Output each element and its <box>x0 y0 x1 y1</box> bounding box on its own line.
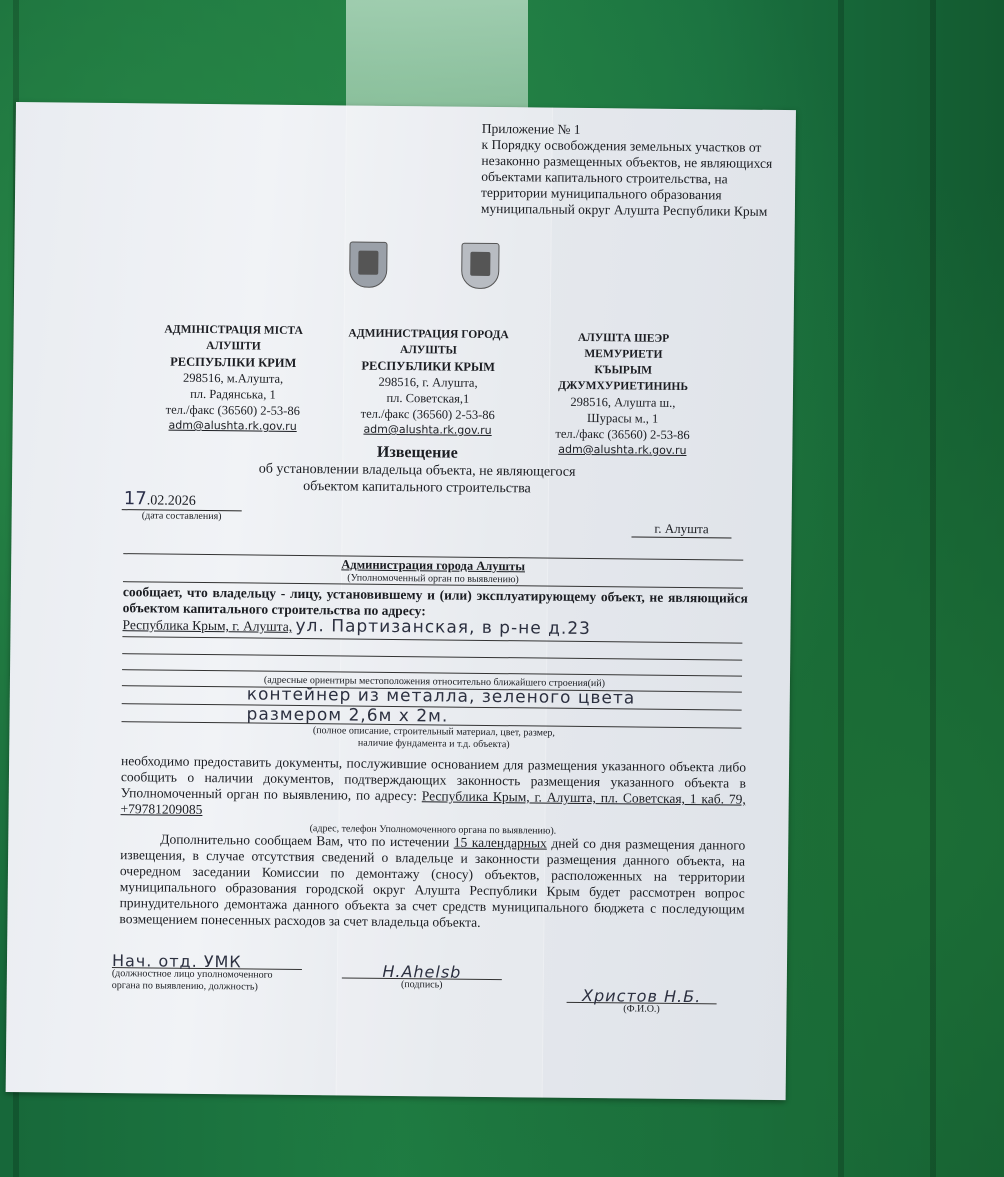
org-phone: тел./факс (36560) 2-53-86 <box>153 401 313 419</box>
signature-block: H.Ahelsb (подпись) <box>342 965 502 992</box>
org-name: РЕСПУБЛИКИ КРЫМ <box>343 357 513 375</box>
org-name: РЕСПУБЛІКИ КРИМ <box>153 353 313 371</box>
org-address: 298516, г. Алушта, <box>343 373 513 391</box>
emblems <box>349 242 510 294</box>
position-signature-block: Нач. отд. УМК (должностное лицо уполномо… <box>112 955 302 994</box>
position-caption: органа по выявлению, должность) <box>112 980 302 994</box>
alushta-coat-of-arms-icon <box>461 243 499 289</box>
wall-seam <box>838 0 844 1177</box>
body-text: Дополнительно сообщаем Вам, что по истеч… <box>160 832 449 850</box>
org-address: пл. Советская,1 <box>343 389 513 407</box>
org-address: 298516, Алушта ш., <box>533 393 713 411</box>
org-header-crimean-tatar: АЛУШТА ШЕЭР МЕМУРИЕТИ КЪЫРЫМ ДЖУМХУРИЕТИ… <box>532 329 713 459</box>
notice-body-1: необходимо предоставить документы, послу… <box>121 753 747 824</box>
address-prefix: Республика Крым, г. Алушта, <box>122 617 292 634</box>
appendix-text: к Порядку освобождения земельных участко… <box>481 137 792 220</box>
org-phone: тел./факс (36560) 2-53-86 <box>343 405 513 423</box>
org-header-russian: АДМИНИСТРАЦИЯ ГОРОДА АЛУШТЫ РЕСПУБЛИКИ К… <box>343 325 514 439</box>
notice-body-2: Дополнительно сообщаем Вам, что по истеч… <box>119 831 745 934</box>
date-field: 17.02.2026 (дата составления) <box>122 488 242 523</box>
name-block: Христов Н.Б. (Ф.И.О.) <box>566 990 716 1017</box>
org-email: adm@alushta.rk.gov.ru <box>343 421 513 439</box>
notice-sheet: Приложение № 1 к Порядку освобождения зе… <box>6 102 796 1100</box>
org-address: 298516, м.Алушта, <box>153 369 313 387</box>
org-header-ukrainian: АДМІНІСТРАЦІЯ МІСТА АЛУШТИ РЕСПУБЛІКИ КР… <box>153 321 314 435</box>
deadline-days: 15 календарных <box>454 835 547 851</box>
org-address: пл. Радянська, 1 <box>153 385 313 403</box>
org-address: Шурасы м., 1 <box>533 409 713 427</box>
name-handwritten: Христов Н.Б. <box>567 990 717 1005</box>
org-name: АЛУШТА ШЕЭР <box>533 329 713 347</box>
org-phone: тел./факс (36560) 2-53-86 <box>532 425 712 443</box>
address-handwritten: ул. Партизанская, в р-не д.23 <box>295 616 591 639</box>
body-text: дней со дня размещения данного извещения… <box>119 836 745 930</box>
org-name: АЛУШТЫ <box>343 341 513 359</box>
crimea-coat-of-arms-icon <box>349 242 387 288</box>
org-name: КЪЫРЫМ ДЖУМХУРИЕТИНИНЬ <box>533 361 713 395</box>
description-caption: (полное описание, строительный материал,… <box>121 723 746 754</box>
org-name: АЛУШТИ <box>153 337 313 355</box>
date-day-handwritten: 17 <box>124 488 147 509</box>
date-caption: (дата составления) <box>122 510 242 523</box>
adhesive-tape <box>346 0 528 110</box>
date-rest: .02.2026 <box>147 493 196 509</box>
city-field: г. Алушта <box>631 520 731 538</box>
appendix-reference: Приложение № 1 к Порядку освобождения зе… <box>481 121 792 220</box>
signature-caption: (подпись) <box>342 978 502 992</box>
org-name: МЕМУРИЕТИ <box>533 345 713 363</box>
org-email: adm@alushta.rk.gov.ru <box>153 417 313 435</box>
org-name: АДМИНИСТРАЦИЯ ГОРОДА <box>344 325 514 343</box>
org-name: АДМІНІСТРАЦІЯ МІСТА <box>154 321 314 339</box>
wall-seam <box>930 0 936 1177</box>
